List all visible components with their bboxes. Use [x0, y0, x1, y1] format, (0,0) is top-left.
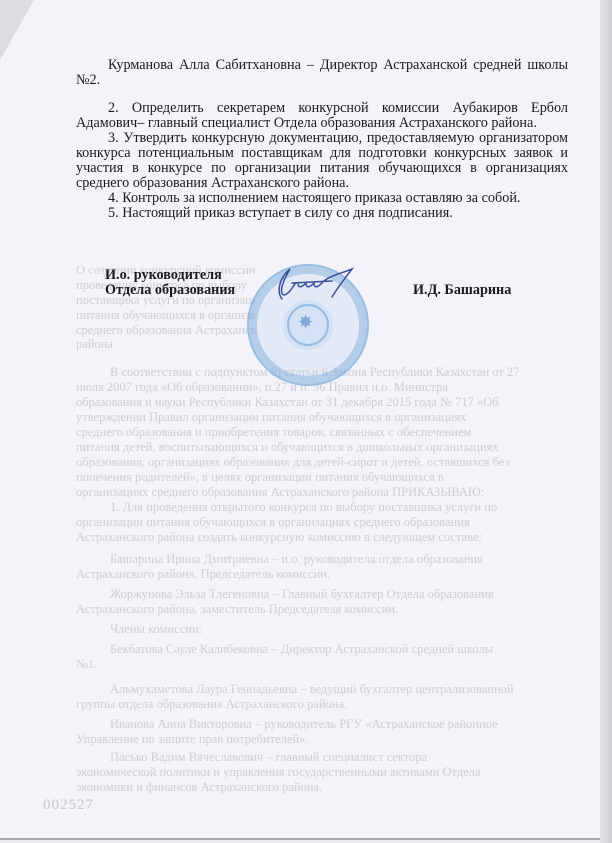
ghost-line: экономической политики и управления госу…	[76, 765, 570, 780]
ghost-line: Жоржунова Эльза Тлегеновна – Главный бух…	[110, 587, 570, 602]
item-text: 2. Определить секретарем конкурсной коми…	[108, 101, 568, 116]
item-text: конкурса потенциальным поставщикам для п…	[76, 146, 568, 161]
ghost-line: Управление по защите прав потребителей».	[76, 732, 570, 747]
handwritten-signature	[262, 263, 357, 303]
signatory-title: И.о. руководителя Отдела образования	[105, 268, 235, 298]
commission-member-line: Курманова Алла Сабитхановна – Директор А…	[108, 58, 568, 73]
ghost-line: попечения родителей», в целях организаци…	[76, 470, 570, 485]
item-4: 4. Контроль за исполнением настоящего пр…	[108, 191, 520, 206]
document-page: О создании конкурсной комиссии для прове…	[0, 0, 600, 840]
item-3-line-2: конкурса потенциальным поставщикам для п…	[76, 146, 568, 161]
signatory-title-line-2: Отдела образования	[105, 283, 235, 298]
ghost-line: района	[76, 337, 256, 352]
page-number: 002527	[43, 797, 94, 814]
ghost-line: среднего образования и приобретения това…	[76, 425, 570, 440]
emblem-icon: ✸	[298, 312, 313, 333]
commission-member-line-cont: №2.	[76, 73, 100, 88]
ghost-line: экономики и финансов Астраханского район…	[76, 780, 570, 795]
scan-right-edge	[600, 0, 612, 843]
ghost-line: организациях среднего образования Астрах…	[76, 485, 570, 500]
item-2-line-1: 2. Определить секретарем конкурсной коми…	[108, 101, 568, 116]
ghost-line: Альмухаметова Лаура Геннадьевна – ведущи…	[110, 682, 570, 697]
ghost-line: 1. Для проведения открытого конкурса по …	[110, 500, 570, 515]
item-text: 3. Утвердить конкурсную документацию, пр…	[108, 131, 568, 146]
ghost-line: образования и науки Республики Казахстан…	[76, 395, 570, 410]
ghost-line: Иванова Анна Викторовна – руководитель Р…	[110, 717, 570, 732]
ghost-line: организации питания обучающихся в органи…	[76, 515, 570, 530]
ghost-line: образования, организациях образования дл…	[76, 455, 570, 470]
item-3-line-3: участия в конкурсе по организации питани…	[76, 161, 568, 176]
document-body: Курманова Алла Сабитхановна – Директор А…	[0, 0, 612, 240]
ghost-line: №1.	[76, 657, 136, 672]
item-3-line-1: 3. Утвердить конкурсную документацию, пр…	[108, 131, 568, 146]
item-3-line-4: среднего образования Астраханского район…	[76, 176, 349, 191]
item-2-line-2: Адамович– главный специалист Отдела обра…	[76, 116, 537, 131]
item-5: 5. Настоящий приказ вступает в силу со д…	[108, 206, 453, 221]
ghost-line: Бекбатова Сауле Калибековна – Директор А…	[110, 642, 570, 657]
ghost-line: Астраханского района создать конкурсную …	[76, 530, 570, 545]
ghost-line: Пасько Вадим Вячеславович – главный спец…	[110, 750, 570, 765]
signatory-title-line-1: И.о. руководителя	[105, 268, 235, 283]
ghost-line: группы отдела образования Астраханского …	[76, 697, 570, 712]
ghost-line: питания обучающихся в организациях	[76, 308, 256, 323]
ghost-line: утверждении Правил организации питания о…	[76, 410, 570, 425]
member-text: Курманова Алла Сабитхановна – Директор А…	[108, 58, 568, 73]
ghost-line: Башарина Ирина Дмитриевна – и.о. руковод…	[110, 552, 570, 567]
ghost-line: среднего образования Астраханского	[76, 323, 256, 338]
ghost-line: Члены комиссии:	[110, 622, 410, 637]
ghost-line: Астраханского района, Председатель комис…	[76, 567, 570, 582]
item-text: участия в конкурсе по организации питани…	[76, 161, 568, 176]
signatory-name: И.Д. Башарина	[413, 283, 511, 298]
ghost-line: питания детей, воспитывающихся и обучающ…	[76, 440, 570, 455]
ghost-line: Астраханского района, заместитель Предсе…	[76, 602, 570, 617]
